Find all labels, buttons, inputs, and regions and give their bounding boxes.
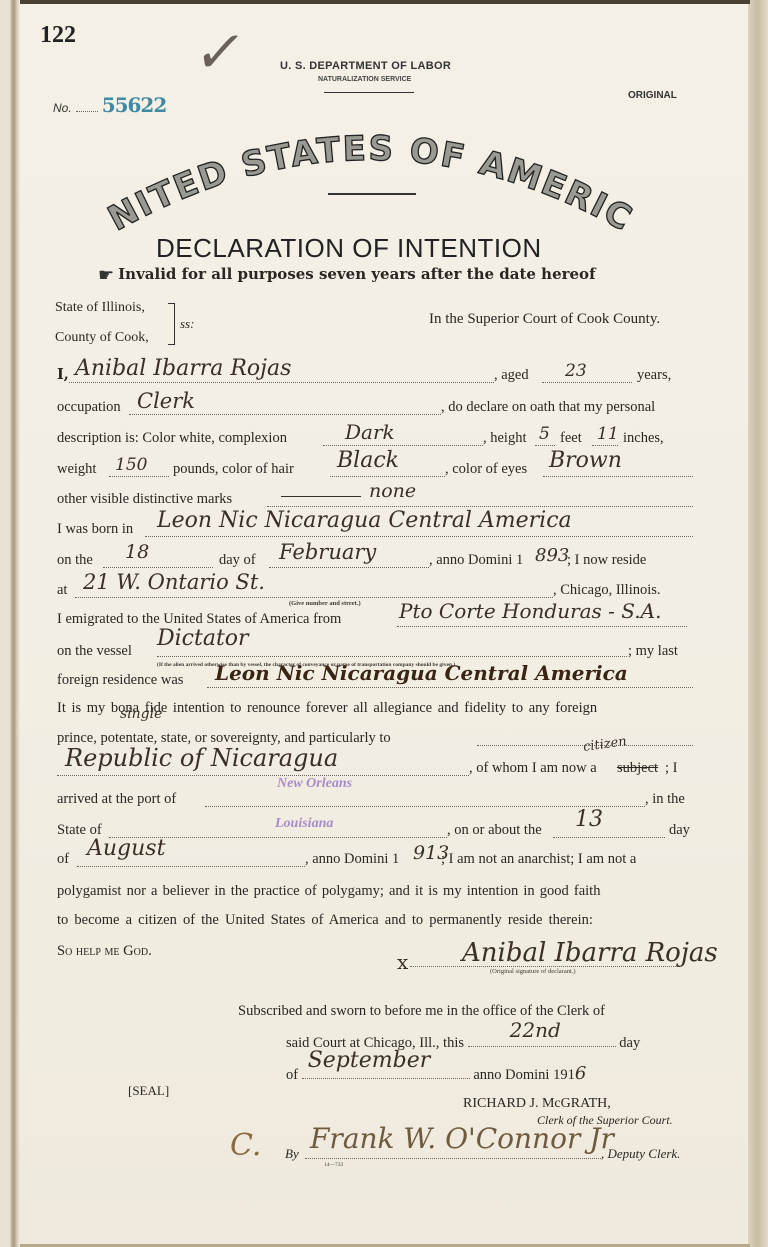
- line-polygamist: polygamist nor a believer in the practic…: [57, 880, 693, 902]
- sworn-year-value: 6: [575, 1063, 586, 1084]
- arrival-day-value: 13: [575, 809, 603, 831]
- line-marks: other visible distinctive marks none: [57, 488, 693, 510]
- number-dots: [76, 111, 98, 112]
- deputy-label: , Deputy Clerk.: [601, 1146, 680, 1162]
- marks-field[interactable]: [267, 488, 693, 507]
- description-label: description is: Color white, complexion: [57, 427, 287, 449]
- subject-struck: subject: [617, 757, 658, 779]
- complexion-value: Dark: [345, 421, 395, 443]
- jurat-anno-label: anno Domini 191: [473, 1067, 575, 1083]
- weight-label: weight: [57, 458, 96, 480]
- born-label: I was born in: [57, 518, 133, 540]
- line-birthdate: on the 18 day of February , anno Domini …: [57, 549, 693, 571]
- marks-label: other visible distinctive marks: [57, 488, 232, 510]
- service-title: NATURALIZATION SERVICE: [318, 76, 411, 83]
- in-the-label: , in the: [645, 788, 685, 810]
- clerk-name: RICHARD J. McGRATH,: [463, 1096, 611, 1112]
- anarchist-text: ; I am not an anarchist; I am not a: [441, 848, 636, 870]
- marks-dash: [281, 496, 361, 497]
- pounds-label: pounds, color of hair: [173, 458, 294, 480]
- signature-mark: x: [397, 950, 408, 974]
- eyes-label: , color of eyes: [445, 458, 527, 480]
- anno-label: , anno Domini 1: [429, 549, 523, 571]
- address-value: 21 W. Ontario St.: [83, 571, 265, 593]
- whom-end: ; I: [665, 757, 677, 779]
- birth-year-value: 893: [535, 545, 569, 567]
- feet-label: feet: [560, 427, 582, 449]
- page-number: 122: [40, 22, 76, 49]
- foreign-residence-value: Leon Nic Nicaragua Central America: [215, 662, 628, 684]
- oath-text: So help me God.: [57, 940, 152, 962]
- line-name: I, Anibal Ibarra Rojas , aged 23 years,: [57, 364, 693, 386]
- svg-text:UNITED STATES OF AMERICA: UNITED STATES OF AMERICA: [90, 115, 640, 240]
- day-label: day: [669, 819, 690, 841]
- declarant-signature: Anibal Ibarra Rojas: [462, 938, 718, 968]
- sworn-day-field[interactable]: 22nd: [468, 1032, 616, 1047]
- birthplace-value: Leon Nic Nicaragua Central America: [157, 510, 572, 532]
- copy-label: ORIGINAL: [628, 90, 677, 101]
- validity-notice: ☛ Invalid for all purposes seven years a…: [98, 265, 596, 286]
- at-label: at: [57, 579, 67, 601]
- vessel-value: Dictator: [157, 628, 249, 650]
- line-emigrated: I emigrated to the United States of Amer…: [57, 608, 693, 630]
- city-label: , Chicago, Illinois.: [553, 579, 661, 601]
- single-annotation: single: [120, 706, 162, 722]
- deputy-signature: Frank W. O'Connor Jr: [310, 1122, 614, 1155]
- venue-brace: [168, 303, 175, 345]
- emigrated-value: Pto Corte Honduras - S.A.: [399, 600, 661, 622]
- line-address: at 21 W. Ontario St. (Give number and st…: [57, 579, 693, 601]
- birth-month-value: February: [279, 541, 376, 563]
- jurat-of-label: of: [286, 1067, 298, 1083]
- pointing-hand-icon: ☛: [98, 265, 114, 286]
- arched-title: UNITED STATES OF AMERICA: [90, 115, 650, 245]
- by-label: By: [285, 1146, 299, 1162]
- occupation-value: Clerk: [137, 390, 195, 412]
- venue-ss: ss:: [180, 316, 194, 332]
- number-label: No.: [53, 101, 72, 115]
- inches-label: inches,: [623, 427, 664, 449]
- age-value: 23: [565, 360, 587, 382]
- signature-hint: (Original signature of declarant.): [490, 968, 576, 975]
- height-feet-value: 5: [539, 423, 550, 445]
- weight-value: 150: [115, 454, 147, 476]
- page-stack-edge: [750, 0, 768, 1247]
- document-title: DECLARATION OF INTENTION: [156, 233, 542, 264]
- sworn-month-field[interactable]: September: [302, 1064, 470, 1079]
- book-binding: [0, 0, 20, 1247]
- venue-county: County of Cook,: [55, 330, 149, 346]
- line-foreign-residence: foreign residence was Leon Nic Nicaragua…: [57, 669, 693, 691]
- birth-day-value: 18: [125, 541, 149, 563]
- form-code: 14—733: [324, 1162, 343, 1168]
- about-label: , on or about the: [447, 819, 542, 841]
- sovereign-value: Republic of Nicaragua: [65, 747, 338, 769]
- line-occupation: occupation Clerk , do declare on oath th…: [57, 396, 693, 418]
- last-label: ; my last: [628, 640, 678, 662]
- of-label: of: [57, 848, 69, 870]
- age-field[interactable]: [542, 364, 632, 383]
- line-weight: weight 150 pounds, color of hair Black ,…: [57, 458, 693, 480]
- declare-text: , do declare on oath that my personal: [441, 396, 655, 418]
- notice-text: Invalid for all purposes seven years aft…: [118, 265, 595, 283]
- anno2-label: , anno Domini 1: [305, 848, 399, 870]
- sworn-day-value: 22nd: [510, 1018, 561, 1042]
- line-citizen: to become a citizen of the United States…: [57, 909, 693, 931]
- title-rule: [328, 193, 416, 195]
- polygamist-text: polygamist nor a believer in the practic…: [57, 880, 600, 902]
- line-born: I was born in Leon Nic Nicaragua Central…: [57, 518, 693, 540]
- line-vessel: on the vessel Dictator (If the alien arr…: [57, 640, 693, 662]
- eyes-value: Brown: [549, 450, 622, 472]
- arched-title-text: UNITED STATES OF AMERICA: [90, 115, 640, 240]
- height-inches-value: 11: [597, 423, 619, 445]
- jurat-line3: of September anno Domini 1916: [286, 1063, 586, 1084]
- jurat-line2-end: day: [619, 1035, 640, 1051]
- i-label: I,: [57, 364, 69, 386]
- reside-label: ; I now reside: [567, 549, 646, 571]
- line-description: description is: Color white, complexion …: [57, 427, 693, 449]
- header-rule: [324, 92, 414, 93]
- foreign-residence-label: foreign residence was: [57, 669, 183, 691]
- venue-state: State of Illinois,: [55, 300, 145, 316]
- line-sovereign: Republic of Nicaragua , of whom I am now…: [57, 757, 693, 779]
- occupation-label: occupation: [57, 396, 121, 418]
- on-the-label: on the: [57, 549, 93, 571]
- arrived-label: arrived at the port of: [57, 788, 176, 810]
- certificate-number: No. 55622: [53, 93, 166, 117]
- arrival-day-field[interactable]: [553, 819, 665, 838]
- clerk-initial: C.: [230, 1128, 261, 1163]
- birth-day-field[interactable]: [103, 549, 213, 568]
- sworn-month-value: September: [308, 1048, 431, 1073]
- height-label: , height: [483, 427, 527, 449]
- state-stamp: Louisiana: [275, 813, 333, 835]
- department-title: U. S. DEPARTMENT OF LABOR: [280, 60, 451, 72]
- hair-value: Black: [337, 450, 399, 472]
- number-value: 55622: [102, 93, 167, 117]
- port-field[interactable]: [205, 788, 645, 807]
- seal-label: [SEAL]: [128, 1083, 169, 1099]
- venue-court: In the Superior Court of Cook County.: [429, 311, 660, 328]
- marks-value: none: [369, 480, 416, 502]
- vessel-label: on the vessel: [57, 640, 132, 662]
- aged-label: , aged: [494, 364, 529, 386]
- line-arrival-date: of August , anno Domini 1 913 ; I am not…: [57, 848, 693, 870]
- citizen-text: to become a citizen of the United States…: [57, 909, 593, 931]
- name-value: Anibal Ibarra Rojas: [75, 358, 291, 380]
- arrival-month-value: August: [87, 838, 165, 860]
- years-label: years,: [637, 364, 671, 386]
- whom-label: , of whom I am now a: [469, 757, 597, 779]
- day-of-label: day of: [219, 549, 256, 571]
